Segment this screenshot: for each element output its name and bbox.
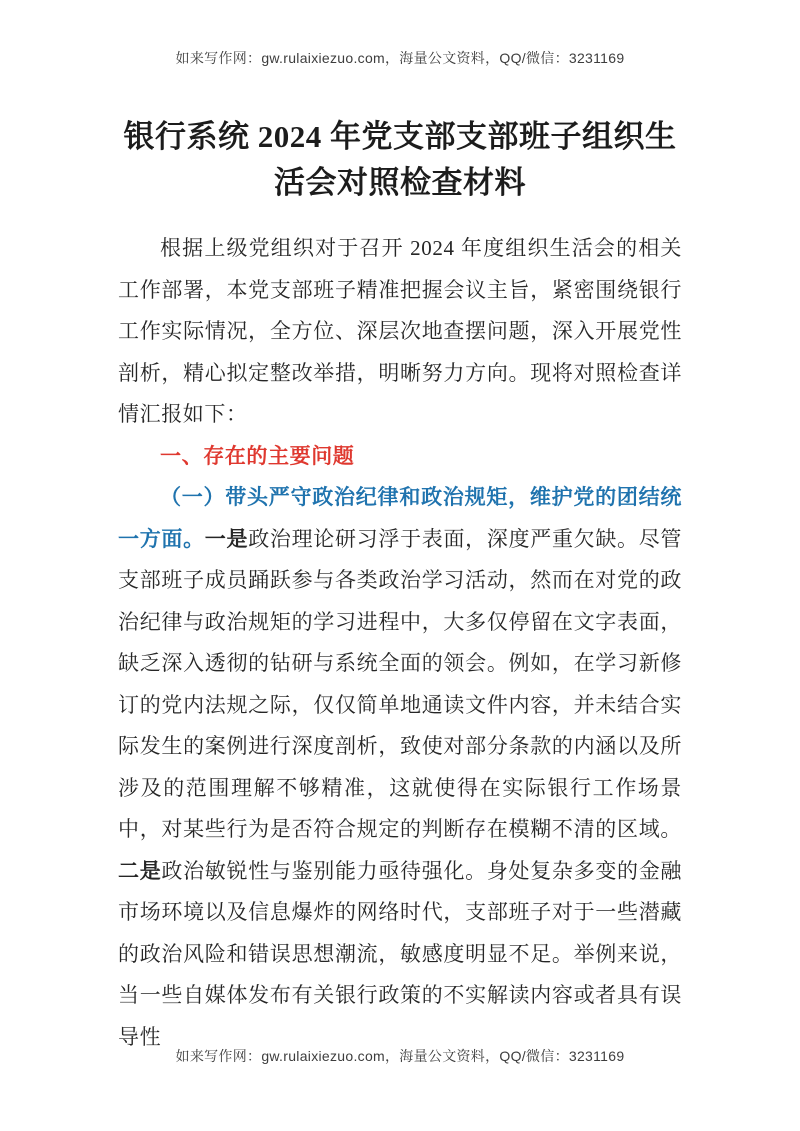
point-1-label: 一是	[205, 528, 248, 551]
point-2-label: 二是	[118, 860, 161, 883]
point-2-text: 政治敏锐性与鉴别能力亟待强化。身处复杂多变的金融市场环境以及信息爆炸的网络时代，…	[118, 859, 682, 1049]
document-body: 根据上级党组织对于召开 2024 年度组织生活会的相关工作部署，本党支部班子精准…	[118, 228, 682, 1058]
point-1-text: 政治理论研习浮于表面，深度严重欠缺。尽管支部班子成员踊跃参与各类政治学习活动，然…	[118, 527, 682, 842]
footer-watermark: 如来写作网：gw.rulaixiezuo.com，海量公文资料，QQ/微信：32…	[0, 1046, 800, 1066]
header-watermark: 如来写作网：gw.rulaixiezuo.com，海量公文资料，QQ/微信：32…	[0, 48, 800, 68]
intro-paragraph: 根据上级党组织对于召开 2024 年度组织生活会的相关工作部署，本党支部班子精准…	[118, 228, 682, 436]
document-title: 银行系统 2024 年党支部支部班子组织生活会对照检查材料	[110, 114, 690, 206]
subsection-1-paragraph: （一）带头严守政治纪律和政治规矩，维护党的团结统一方面。一是政治理论研习浮于表面…	[118, 477, 682, 1058]
section-heading-main-problems: 一、存在的主要问题	[118, 436, 682, 478]
document-page: 如来写作网：gw.rulaixiezuo.com，海量公文资料，QQ/微信：32…	[0, 0, 800, 1131]
